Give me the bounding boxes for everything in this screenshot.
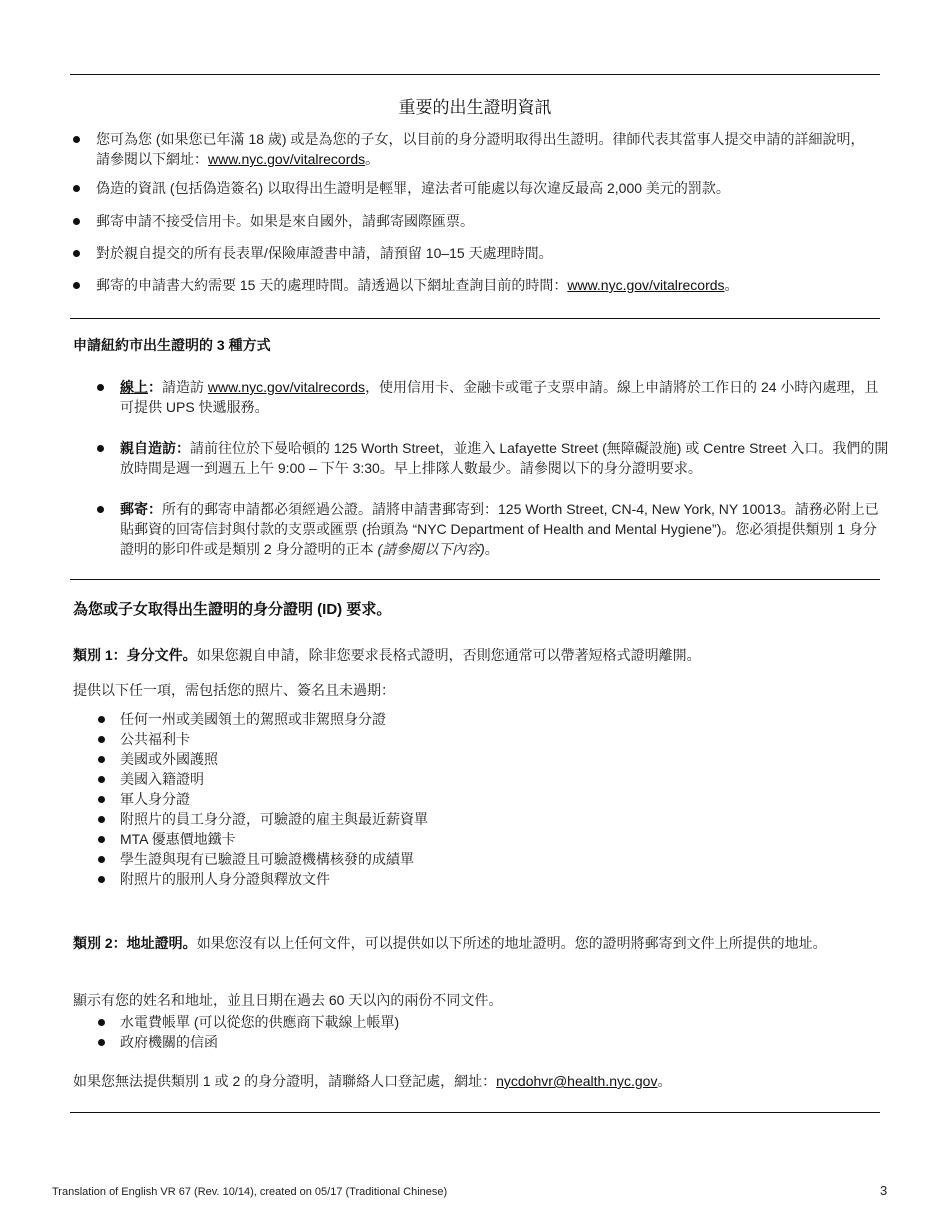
list-item: 您可為您 (如果您已年滿 18 歲) 或是為您的子女，以目前的身分證明取得出生證… xyxy=(96,129,866,170)
list-item: 學生證與現有已驗證且可驗證機構核發的成績單 xyxy=(120,849,820,869)
list-item: 政府機關的信函 xyxy=(120,1032,820,1052)
list-item: 對於親自提交的所有長表單/保險庫證書申請，請預留 10–15 天處理時間。 xyxy=(96,243,866,263)
list-item: 軍人身分證 xyxy=(120,789,820,809)
section-title: 重要的出生證明資訊 xyxy=(0,93,950,118)
vitalrecords-link[interactable]: www.nyc.gov/vitalrecords xyxy=(567,277,724,293)
section-divider xyxy=(70,318,880,319)
page-number: 3 xyxy=(880,1183,887,1198)
email-link[interactable]: nycdohvr@health.nyc.gov xyxy=(496,1073,657,1089)
category-1-id-list: 任何一州或美國領土的駕照或非駕照身分證 公共福利卡 美國或外國護照 美國入籍證明… xyxy=(120,709,820,889)
list-item: 美國或外國護照 xyxy=(120,749,820,769)
list-item: 附照片的員工身分證，可驗證的雇主與最近薪資單 xyxy=(120,809,820,829)
bottom-rule xyxy=(70,1112,880,1113)
vitalrecords-link[interactable]: www.nyc.gov/vitalrecords xyxy=(208,379,365,395)
list-item: 附照片的服刑人身分證與釋放文件 xyxy=(120,869,820,889)
top-rule xyxy=(70,74,880,75)
method-online: 線上：請造訪 www.nyc.gov/vitalrecords，使用信用卡、金融… xyxy=(120,377,890,417)
contact-note: 如果您無法提供類別 1 或 2 的身分證明，請聯絡人口登記處，網址：nycdoh… xyxy=(73,1071,873,1092)
important-info-list: 您可為您 (如果您已年滿 18 歲) 或是為您的子女，以目前的身分證明取得出生證… xyxy=(96,129,866,295)
method-in-person: 親自造訪：請前往位於下曼哈頓的 125 Worth Street，並進入 Laf… xyxy=(120,438,890,478)
vitalrecords-link[interactable]: www.nyc.gov/vitalrecords xyxy=(208,151,365,167)
list-item: 郵寄的申請書大約需要 15 天的處理時間。請透過以下網址查詢目前的時間：www.… xyxy=(96,275,866,295)
list-item: 美國入籍證明 xyxy=(120,769,820,789)
list-item: 郵寄申請不接受信用卡。如果是來自國外，請郵寄國際匯票。 xyxy=(96,211,866,231)
category-2-description: 類別 2：地址證明。如果您沒有以上任何文件，可以提供如以下所述的地址證明。您的證… xyxy=(73,933,873,954)
category-2-intro: 顯示有您的姓名和地址，並且日期在過去 60 天以內的兩份不同文件。 xyxy=(73,990,873,1011)
application-methods-list: 線上：請造訪 www.nyc.gov/vitalrecords，使用信用卡、金融… xyxy=(120,377,890,559)
method-mail: 郵寄：所有的郵寄申請都必須經過公證。請將申請書郵寄到：125 Worth Str… xyxy=(120,499,890,559)
list-item: 公共福利卡 xyxy=(120,729,820,749)
list-item: 任何一州或美國領土的駕照或非駕照身分證 xyxy=(120,709,820,729)
category-1-description: 類別 1：身分文件。如果您親自申請，除非您要求長格式證明，否則您通常可以帶著短格… xyxy=(73,645,873,666)
section-divider xyxy=(70,579,880,580)
list-item: 水電費帳單 (可以從您的供應商下載線上帳單) xyxy=(120,1012,820,1032)
section-heading-id-requirements: 為您或子女取得出生證明的身分證明 (ID) 要求。 xyxy=(73,598,391,619)
category-1-intro: 提供以下任一項，需包括您的照片、簽名且未過期： xyxy=(73,680,873,701)
category-2-address-list: 水電費帳單 (可以從您的供應商下載線上帳單) 政府機關的信函 xyxy=(120,1012,820,1052)
list-item: MTA 優惠價地鐵卡 xyxy=(120,829,820,849)
footer-text: Translation of English VR 67 (Rev. 10/14… xyxy=(52,1186,447,1198)
list-item: 偽造的資訊 (包括偽造簽名) 以取得出生證明是輕罪，違法者可能處以每次違反最高 … xyxy=(96,178,866,198)
section-heading-methods: 申請紐約市出生證明的 3 種方式 xyxy=(73,335,271,355)
